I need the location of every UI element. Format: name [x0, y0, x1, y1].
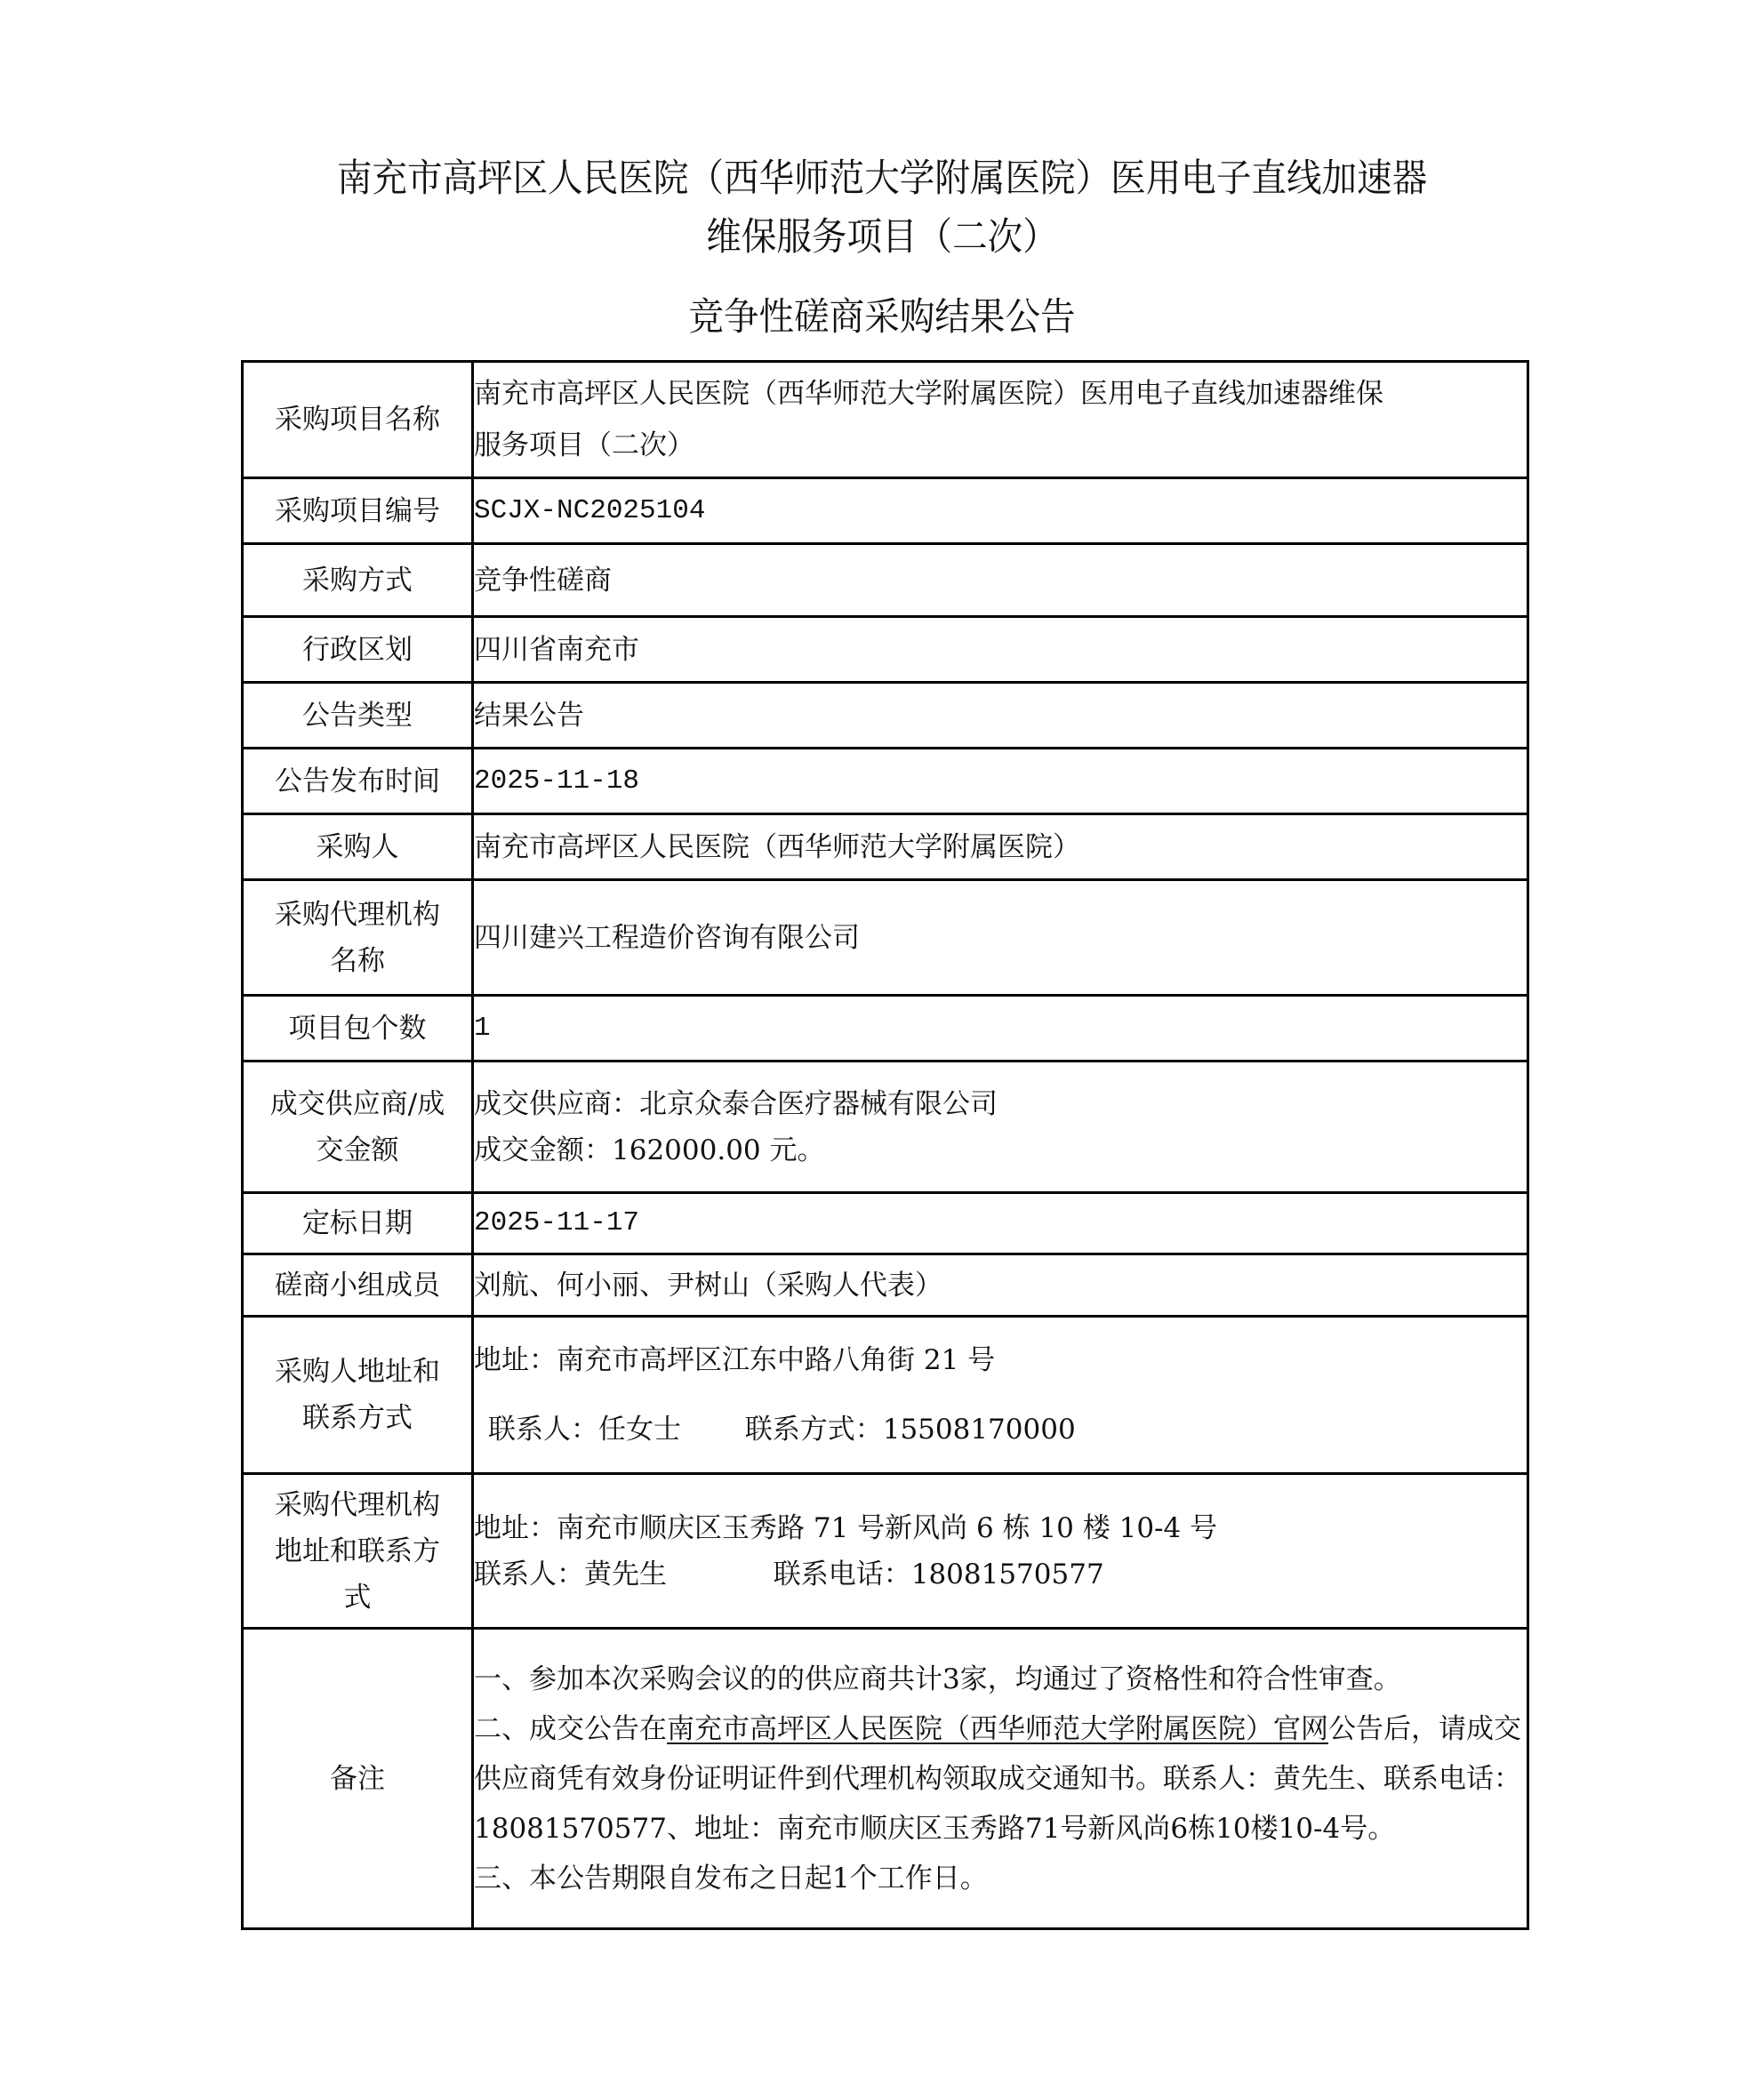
row-value: 结果公告: [473, 683, 1528, 749]
row-value: 南充市高坪区人民医院（西华师范大学附属医院）医用电子直线加速器维保 服务项目（二…: [473, 362, 1528, 478]
purchaser-contact-person: 联系人：任女士: [488, 1414, 681, 1446]
row-value: 成交供应商：北京众泰合医疗器械有限公司 成交金额：162000.00 元。: [473, 1062, 1528, 1193]
row-label: 项目包个数: [243, 996, 473, 1062]
row-value: 南充市高坪区人民医院（西华师范大学附属医院）: [473, 814, 1528, 880]
label-line-1: 成交供应商/成: [244, 1081, 471, 1127]
row-label: 采购人地址和 联系方式: [243, 1317, 473, 1474]
document-subtitle: 竞争性磋商采购结果公告: [70, 288, 1693, 347]
row-value: 1: [473, 996, 1528, 1062]
label-line-1: 采购代理机构: [244, 892, 471, 938]
row-label: 磋商小组成员: [243, 1254, 473, 1317]
row-value: SCJX-NC2025104: [473, 478, 1528, 544]
row-label: 定标日期: [243, 1193, 473, 1254]
label-line-2: 名称: [244, 938, 471, 984]
table-row-purchaser-contact: 采购人地址和 联系方式 地址：南充市高坪区江东中路八角街 21 号 联系人：任女…: [243, 1317, 1528, 1474]
table-row-agency-name: 采购代理机构 名称 四川建兴工程造价咨询有限公司: [243, 880, 1528, 996]
row-label: 行政区划: [243, 617, 473, 683]
remarks-content: 一、参加本次采购会议的的供应商共计3家，均通过了资格性和符合性审查。 二、成交公…: [473, 1629, 1528, 1929]
table-row-procurement-method: 采购方式 竞争性磋商: [243, 544, 1528, 617]
table-row-administrative-region: 行政区划 四川省南充市: [243, 617, 1528, 683]
procurement-result-table: 采购项目名称 南充市高坪区人民医院（西华师范大学附属医院）医用电子直线加速器维保…: [241, 360, 1529, 1930]
purchaser-contact-phone: 联系方式：15508170000: [745, 1414, 1076, 1446]
table-row-purchaser: 采购人 南充市高坪区人民医院（西华师范大学附属医院）: [243, 814, 1528, 880]
table-row-supplier-amount: 成交供应商/成 交金额 成交供应商：北京众泰合医疗器械有限公司 成交金额：162…: [243, 1062, 1528, 1193]
row-label: 采购项目名称: [243, 362, 473, 478]
row-value: 地址：南充市高坪区江东中路八角街 21 号 联系人：任女士 联系方式：15508…: [473, 1317, 1528, 1474]
row-value: 四川省南充市: [473, 617, 1528, 683]
document-header: 南充市高坪区人民医院（西华师范大学附属医院）医用电子直线加速器 维保服务项目（二…: [0, 149, 1764, 347]
row-label: 成交供应商/成 交金额: [243, 1062, 473, 1193]
deal-amount: 成交金额：162000.00 元。: [474, 1127, 1527, 1174]
row-value: 四川建兴工程造价咨询有限公司: [473, 880, 1528, 996]
winning-supplier: 成交供应商：北京众泰合医疗器械有限公司: [474, 1081, 1527, 1127]
table-row-agency-contact: 采购代理机构 地址和联系方 式 地址：南充市顺庆区玉秀路 71 号新风尚 6 栋…: [243, 1474, 1528, 1629]
agency-contact-phone: 联系电话：18081570577: [774, 1558, 1104, 1590]
remark-item-3: 三、本公告期限自发布之日起1个工作日。: [474, 1854, 1527, 1903]
row-label: 公告类型: [243, 683, 473, 749]
table-row-package-count: 项目包个数 1: [243, 996, 1528, 1062]
row-value: 地址：南充市顺庆区玉秀路 71 号新风尚 6 栋 10 楼 10-4 号 联系人…: [473, 1474, 1528, 1629]
agency-address: 地址：南充市顺庆区玉秀路 71 号新风尚 6 栋 10 楼 10-4 号: [474, 1505, 1527, 1551]
label-line-2: 交金额: [244, 1127, 471, 1174]
hospital-website-link[interactable]: 南充市高坪区人民医院（西华师范大学附属医院）官网: [667, 1713, 1328, 1745]
row-label: 公告发布时间: [243, 749, 473, 814]
row-value: 2025-11-17: [473, 1193, 1528, 1254]
label-line-3: 式: [244, 1574, 471, 1621]
purchaser-contact-line: 联系人：任女士 联系方式：15508170000: [474, 1406, 1527, 1453]
agency-contact-line: 联系人：黄先生 联系电话：18081570577: [474, 1551, 1527, 1598]
table-row-project-number: 采购项目编号 SCJX-NC2025104: [243, 478, 1528, 544]
project-name-line-2: 服务项目（二次）: [474, 420, 1527, 471]
table-row-publish-date: 公告发布时间 2025-11-18: [243, 749, 1528, 814]
row-label: 采购人: [243, 814, 473, 880]
row-label: 采购代理机构 地址和联系方 式: [243, 1474, 473, 1629]
table-row-remarks: 备注 一、参加本次采购会议的的供应商共计3家，均通过了资格性和符合性审查。 二、…: [243, 1629, 1528, 1929]
row-label: 采购方式: [243, 544, 473, 617]
row-label: 备注: [243, 1629, 473, 1929]
remark-item-1: 一、参加本次采购会议的的供应商共计3家，均通过了资格性和符合性审查。: [474, 1654, 1527, 1704]
row-value: 2025-11-18: [473, 749, 1528, 814]
document-title-line-1: 南充市高坪区人民医院（西华师范大学附属医院）医用电子直线加速器: [70, 149, 1693, 208]
label-line-2: 地址和联系方: [244, 1528, 471, 1574]
label-line-2: 联系方式: [244, 1395, 471, 1441]
label-line-1: 采购人地址和: [244, 1349, 471, 1395]
row-value: 刘航、何小丽、尹树山（采购人代表）: [473, 1254, 1528, 1317]
purchaser-address: 地址：南充市高坪区江东中路八角街 21 号: [474, 1337, 1527, 1383]
remark-item-2-prefix: 二、成交公告在: [474, 1713, 667, 1745]
row-label: 采购代理机构 名称: [243, 880, 473, 996]
table-row-award-date: 定标日期 2025-11-17: [243, 1193, 1528, 1254]
table-row-panel-members: 磋商小组成员 刘航、何小丽、尹树山（采购人代表）: [243, 1254, 1528, 1317]
document-title-line-2: 维保服务项目（二次）: [70, 208, 1693, 267]
row-label: 采购项目编号: [243, 478, 473, 544]
remark-item-2: 二、成交公告在南充市高坪区人民医院（西华师范大学附属医院）官网公告后，请成交供应…: [474, 1704, 1527, 1854]
project-name-line-1: 南充市高坪区人民医院（西华师范大学附属医院）医用电子直线加速器维保: [474, 368, 1527, 420]
label-line-1: 采购代理机构: [244, 1482, 471, 1528]
row-value: 竞争性磋商: [473, 544, 1528, 617]
agency-contact-person: 联系人：黄先生: [474, 1558, 667, 1590]
table-row-notice-type: 公告类型 结果公告: [243, 683, 1528, 749]
table-row-project-name: 采购项目名称 南充市高坪区人民医院（西华师范大学附属医院）医用电子直线加速器维保…: [243, 362, 1528, 478]
